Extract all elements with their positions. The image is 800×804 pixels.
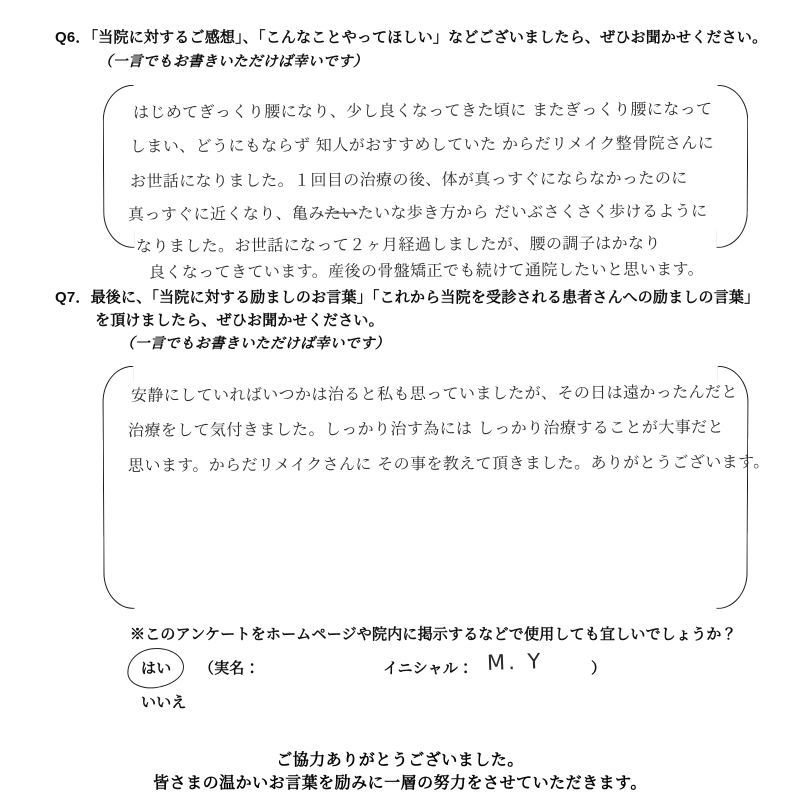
q7-right-bracket — [716, 366, 748, 609]
q6-answer-line: はじめてぎっくり腰になり、少し良くなってきた頃に またぎっくり腰になって — [133, 96, 713, 123]
consent-option-no: いいえ — [141, 691, 187, 712]
q7-left-bracket — [102, 366, 134, 609]
q6-line4-strikethrough: たい — [325, 203, 358, 222]
close-paren: ） — [591, 657, 606, 678]
q6-line4-post: たいな歩き方から だいぶさくさく歩けるように — [358, 201, 708, 222]
q7-note: （一言でもお書きいただけば幸いです） — [120, 332, 390, 353]
real-name-label: （実名： — [199, 657, 260, 678]
q6-heading: Q6．「当院に対するご感想」、「こんなことやってほしい」などございましたら、ぜひ… — [55, 26, 767, 47]
q6-answer-line: しまい、どうにもならず 知人がおすすめしていた からだリメイク整骨院さんに — [130, 130, 714, 157]
q6-line4-pre: 真っすぐに近くなり、亀み — [128, 204, 325, 224]
consent-option-yes: はい — [141, 657, 171, 678]
q7-heading-line2: を頂けましたら、ぜひお聞かせください。 — [95, 309, 384, 330]
q7-answer-line: 治療をして気付きました。しっかり治す為には しっかり治療することが大事だと — [128, 414, 724, 441]
q6-answer-line: お世話になりました。１回目の治療の後、体が真っすぐにならなかったのに — [130, 165, 688, 191]
q6-answer-line: なりました。お世話になって２ヶ月経過しましたが、腰の調子はかなり — [136, 230, 661, 256]
initial-handwritten-value: M. Y — [487, 649, 544, 675]
q6-right-bracket — [717, 85, 749, 248]
q7-answer-line: 安静にしていればいつかは治ると私も思っていましたが、その日は遠かったんだと — [131, 379, 738, 406]
footer-thanks-line2: 皆さまの温かいお言葉を励みに一層の努力をさせていただきます。 — [0, 770, 800, 793]
q6-answer-line: 良くなってきています。産後の骨盤矯正でも続けて通院したいと思います。 — [149, 256, 704, 282]
q7-heading-line1: Q7．最後に、「当院に対する励ましのお言葉」「これから当院を受診される患者さんへ… — [55, 286, 759, 307]
consent-question: ※このアンケートをホームページや院内に掲示するなどで使用しても宜しいでしょうか？ — [130, 623, 737, 644]
q7-answer-line: 思います。からだリメイクさんに その事を教えて頂きました。ありがとうございます。 — [128, 449, 770, 476]
footer-thanks-line1: ご協力ありがとうございました。 — [0, 747, 800, 770]
initial-label: イニシャル： — [383, 657, 473, 678]
q6-note: （一言でもお書きいただけば幸いです） — [98, 50, 368, 71]
survey-scan-page: { "q6": { "heading": "Q6．「当院に対するご感想」、「こん… — [0, 0, 800, 804]
q6-answer-line: 真っすぐに近くなり、亀みたいたいな歩き方から だいぶさくさく歩けるように — [128, 198, 708, 225]
